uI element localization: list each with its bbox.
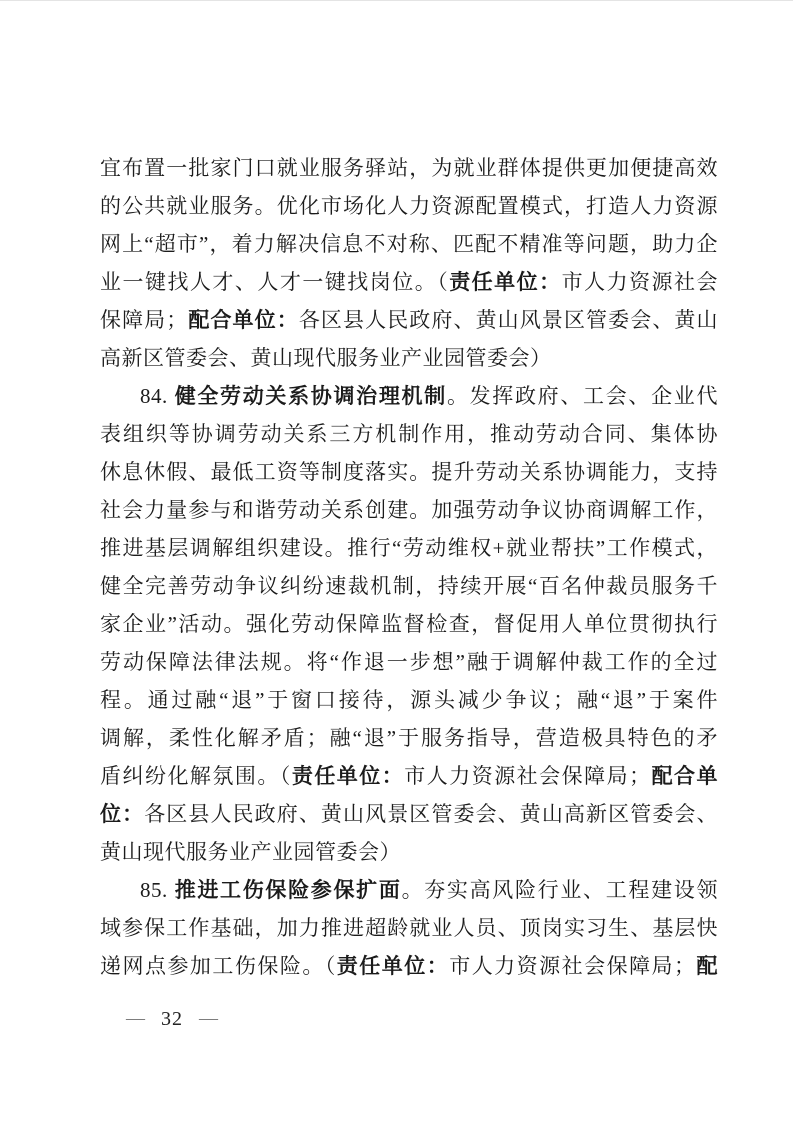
text-line: 表组织等协调劳动关系三方机制作用，推动劳动合同、集体协商、	[100, 415, 718, 453]
bold-text-run: 配合单	[651, 764, 718, 788]
text-run: 85.	[140, 878, 175, 902]
text-run: 家企业”活动。强化劳动保障监督检查，督促用人单位贯彻执行	[100, 612, 718, 636]
text-run: 宜布置一批家门口就业服务驿站，为就业群体提供更加便捷高效	[100, 156, 718, 180]
footer-dash-left: —	[126, 1008, 145, 1030]
text-line: 高新区管委会、黄山现代服务业产业园管委会）	[100, 339, 718, 377]
text-line: 程。通过融“退”于窗口接待，源头减少争议；融“退”于案件	[100, 681, 718, 719]
text-run: 休息休假、最低工资等制度落实。提升劳动关系协调能力，支持	[100, 460, 718, 484]
text-run: 盾纠纷化解氛围。（	[100, 764, 292, 788]
text-run: 。发挥政府、工会、企业代	[447, 384, 718, 408]
text-run: 域参保工作基础，加力推进超龄就业人员、顶岗实习生、基层快	[100, 916, 718, 940]
text-line: 家企业”活动。强化劳动保障监督检查，督促用人单位贯彻执行	[100, 605, 718, 643]
text-line: 业一键找人才、人才一键找岗位。（责任单位：市人力资源社会	[100, 263, 718, 301]
text-run: 。夯实高风险行业、工程建设领	[402, 878, 718, 902]
bold-text-run: 责任单位：	[337, 954, 449, 978]
bold-text-run: 配合单位：	[188, 308, 299, 332]
document-page: 宜布置一批家门口就业服务驿站，为就业群体提供更加便捷高效的公共就业服务。优化市场…	[0, 0, 793, 1122]
text-run: 各区县人民政府、黄山风景区管委会、黄山高新区管委会、	[144, 802, 718, 826]
text-run: 业一键找人才、人才一键找岗位。（	[100, 270, 449, 294]
footer-dash-right: —	[199, 1008, 218, 1030]
text-line: 84. 健全劳动关系协调治理机制。发挥政府、工会、企业代	[100, 377, 718, 415]
bold-text-run: 推进工伤保险参保扩面	[175, 878, 402, 902]
text-line: 域参保工作基础，加力推进超龄就业人员、顶岗实习生、基层快	[100, 909, 718, 947]
bold-text-run: 健全劳动关系协调治理机制	[175, 384, 447, 408]
text-run: 的公共就业服务。优化市场化人力资源配置模式，打造人力资源	[100, 194, 718, 218]
text-run: 黄山现代服务业产业园管委会）	[100, 840, 401, 864]
text-run: 递网点参加工伤保险。（	[100, 954, 337, 978]
text-run: 健全完善劳动争议纠纷速裁机制，持续开展“百名仲裁员服务千	[100, 574, 718, 598]
text-line: 盾纠纷化解氛围。（责任单位：市人力资源社会保障局；配合单	[100, 757, 718, 795]
text-line: 递网点参加工伤保险。（责任单位：市人力资源社会保障局；配	[100, 947, 718, 985]
text-line: 位：各区县人民政府、黄山风景区管委会、黄山高新区管委会、	[100, 795, 718, 833]
page-number: 32	[161, 1008, 183, 1031]
text-run: 劳动保障法律法规。将“作退一步想”融于调解仲裁工作的全过	[100, 650, 718, 674]
text-line: 宜布置一批家门口就业服务驿站，为就业群体提供更加便捷高效	[100, 149, 718, 187]
paragraph-84: 84. 健全劳动关系协调治理机制。发挥政府、工会、企业代表组织等协调劳动关系三方…	[100, 377, 718, 871]
text-line: 网上“超市”，着力解决信息不对称、匹配不精准等问题，助力企	[100, 225, 718, 263]
text-run: 推进基层调解组织建设。推行“劳动维权+就业帮扶”工作模式，	[100, 536, 718, 560]
text-run: 市人力资源社会保障局；	[449, 954, 695, 978]
text-line: 调解，柔性化解矛盾；融“退”于服务指导，营造极具特色的矛	[100, 719, 718, 757]
text-run: 市人力资源社会	[562, 270, 718, 294]
text-run: 市人力资源社会保障局；	[404, 764, 650, 788]
text-line: 的公共就业服务。优化市场化人力资源配置模式，打造人力资源	[100, 187, 718, 225]
text-block: 宜布置一批家门口就业服务驿站，为就业群体提供更加便捷高效的公共就业服务。优化市场…	[100, 149, 718, 985]
text-run: 保障局；	[100, 308, 188, 332]
bold-text-run: 配	[696, 954, 718, 978]
text-run: 各区县人民政府、黄山风景区管委会、黄山	[299, 308, 718, 332]
text-line: 黄山现代服务业产业园管委会）	[100, 833, 718, 871]
page-top-edge	[0, 0, 793, 1]
text-line: 劳动保障法律法规。将“作退一步想”融于调解仲裁工作的全过	[100, 643, 718, 681]
text-line: 保障局；配合单位：各区县人民政府、黄山风景区管委会、黄山	[100, 301, 718, 339]
text-line: 85. 推进工伤保险参保扩面。夯实高风险行业、工程建设领	[100, 871, 718, 909]
text-line: 休息休假、最低工资等制度落实。提升劳动关系协调能力，支持	[100, 453, 718, 491]
text-run: 调解，柔性化解矛盾；融“退”于服务指导，营造极具特色的矛	[100, 726, 718, 750]
bold-text-run: 位：	[100, 802, 144, 826]
text-line: 社会力量参与和谐劳动关系创建。加强劳动争议协商调解工作，	[100, 491, 718, 529]
text-run: 社会力量参与和谐劳动关系创建。加强劳动争议协商调解工作，	[100, 498, 718, 522]
text-run: 网上“超市”，着力解决信息不对称、匹配不精准等问题，助力企	[100, 232, 718, 256]
paragraph-continuation-83: 宜布置一批家门口就业服务驿站，为就业群体提供更加便捷高效的公共就业服务。优化市场…	[100, 149, 718, 377]
bold-text-run: 责任单位：	[292, 764, 404, 788]
paragraph-85: 85. 推进工伤保险参保扩面。夯实高风险行业、工程建设领域参保工作基础，加力推进…	[100, 871, 718, 985]
text-run: 84.	[140, 384, 175, 408]
bold-text-run: 责任单位：	[449, 270, 561, 294]
page-footer: — 32 —	[126, 1004, 218, 1034]
text-run: 程。通过融“退”于窗口接待，源头减少争议；融“退”于案件	[100, 688, 718, 712]
text-line: 健全完善劳动争议纠纷速裁机制，持续开展“百名仲裁员服务千	[100, 567, 718, 605]
text-line: 推进基层调解组织建设。推行“劳动维权+就业帮扶”工作模式，	[100, 529, 718, 567]
text-run: 表组织等协调劳动关系三方机制作用，推动劳动合同、集体协商、	[100, 422, 718, 453]
text-run: 高新区管委会、黄山现代服务业产业园管委会）	[100, 346, 552, 370]
